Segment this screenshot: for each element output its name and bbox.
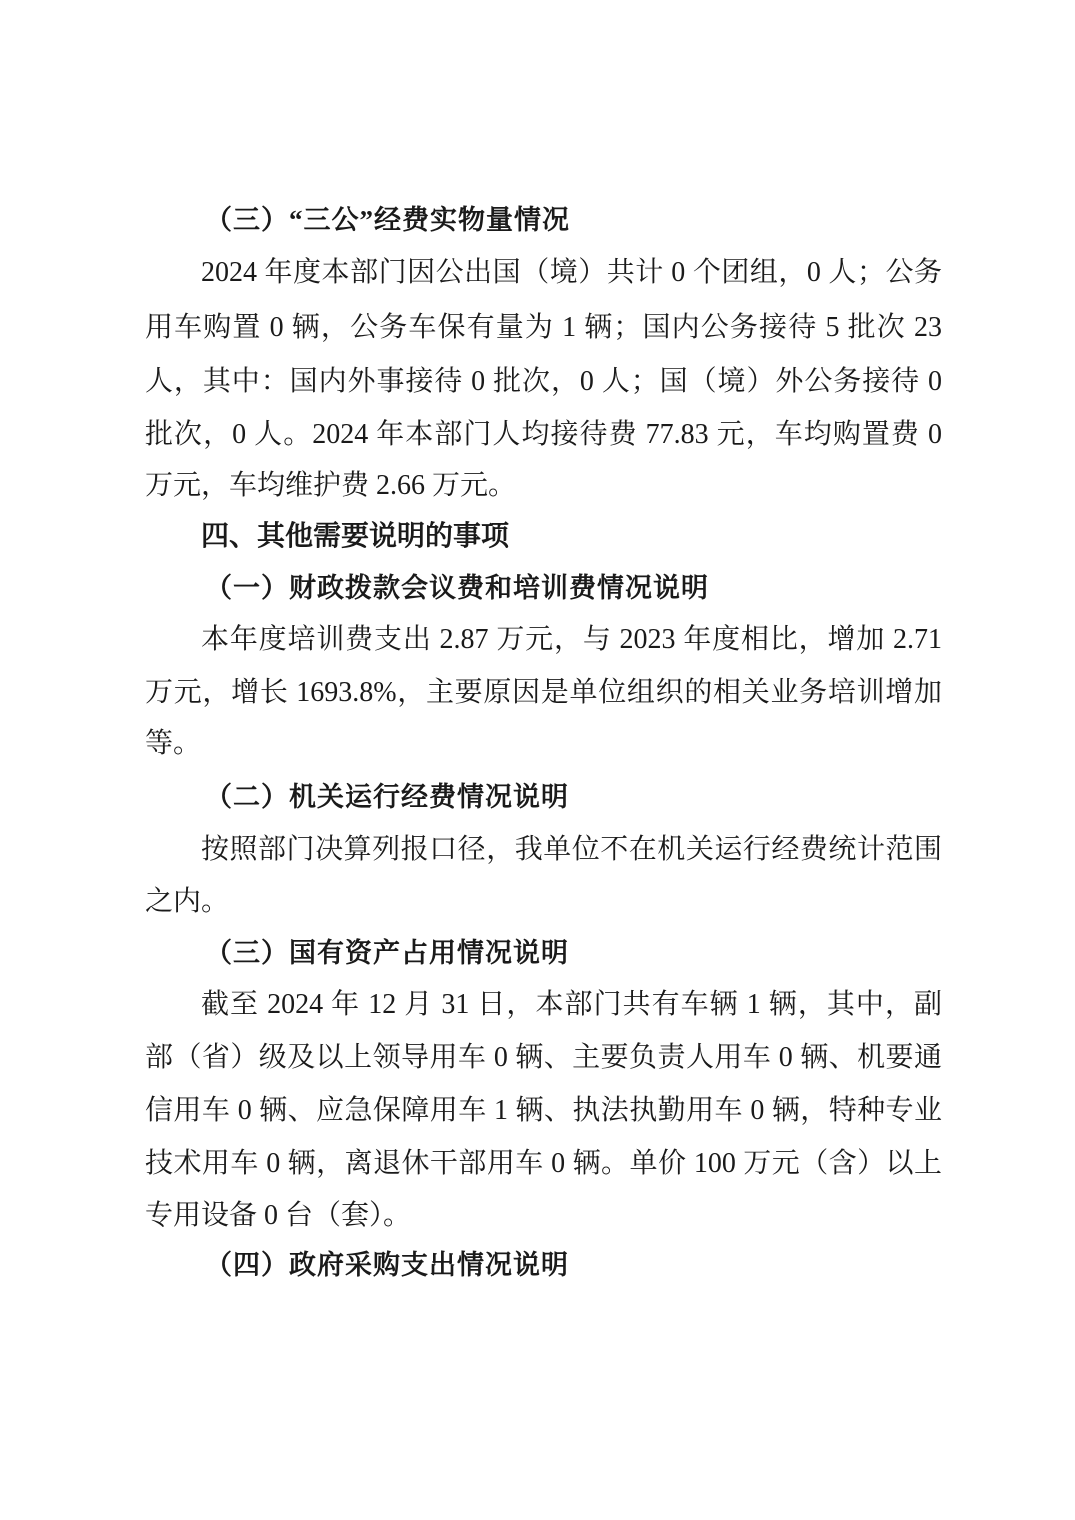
paragraph-line: 按照部门决算列报口径，我单位不在机关运行经费统计范围 — [201, 832, 942, 868]
paragraph-line: 截至 2024 年 12 月 31 日，本部门共有车辆 1 辆，其中，副 — [201, 987, 942, 1023]
paragraph-line: 技术用车 0 辆，离退休干部用车 0 辆。单价 100 万元（含）以上 — [145, 1146, 942, 1182]
paragraph-line: 本年度培训费支出 2.87 万元，与 2023 年度相比，增加 2.71 — [201, 622, 942, 658]
paragraph-line: 等。 — [145, 726, 942, 762]
paragraph-line: 万元，增长 1693.8%，主要原因是单位组织的相关业务培训增加 — [145, 675, 942, 711]
paragraph-line: 用车购置 0 辆，公务车保有量为 1 辆；国内公务接待 5 批次 23 — [145, 310, 942, 346]
paragraph-line: 万元，车均维护费 2.66 万元。 — [145, 468, 942, 504]
section-heading-other-matters: 四、其他需要说明的事项 — [201, 518, 998, 554]
paragraph-line: 人，其中：国内外事接待 0 批次，0 人；国（境）外公务接待 0 — [145, 364, 942, 400]
paragraph-line: 专用设备 0 台（套）。 — [145, 1198, 942, 1234]
section-heading-government-procurement: （四）政府采购支出情况说明 — [205, 1247, 1002, 1283]
paragraph-line: 信用车 0 辆、应急保障用车 1 辆、执法执勤用车 0 辆，特种专业 — [145, 1093, 942, 1129]
paragraph-line: 部（省）级及以上领导用车 0 辆、主要负责人用车 0 辆、机要通 — [145, 1040, 942, 1076]
paragraph-line: 2024 年度本部门因公出国（境）共计 0 个团组，0 人；公务 — [201, 255, 942, 291]
section-heading-operating-expenses: （二）机关运行经费情况说明 — [205, 779, 1002, 815]
paragraph-line: 批次，0 人。2024 年本部门人均接待费 77.83 元，车均购置费 0 — [145, 417, 942, 453]
paragraph-line: 之内。 — [145, 884, 942, 920]
section-heading-state-assets: （三）国有资产占用情况说明 — [205, 935, 1002, 971]
section-heading-meeting-training: （一）财政拨款会议费和培训费情况说明 — [205, 570, 1002, 606]
section-heading-sangong-physical: （三）“三公”经费实物量情况 — [205, 202, 1002, 238]
